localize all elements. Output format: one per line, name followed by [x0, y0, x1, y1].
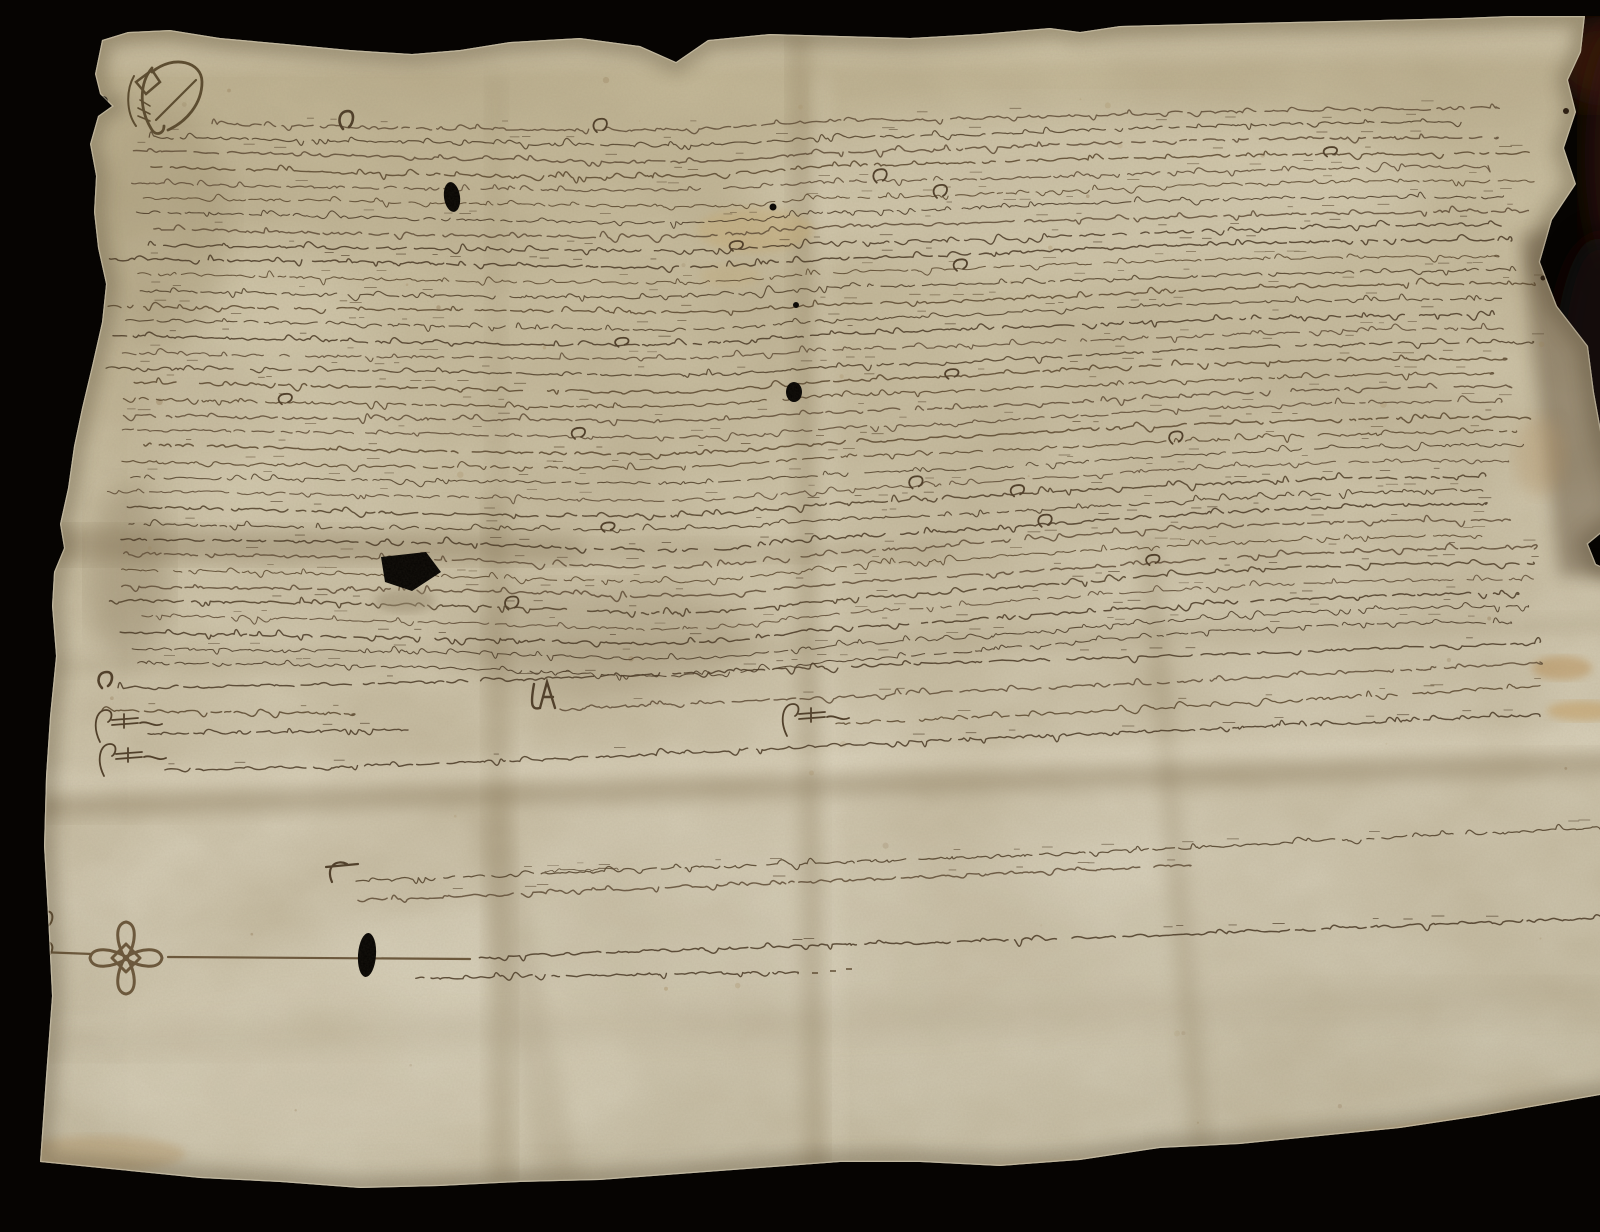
manuscript-scene	[40, 16, 1600, 1216]
parchment-surface	[40, 16, 1600, 1216]
parchment-photo	[40, 16, 1600, 1216]
grain-overlay	[40, 16, 1600, 1216]
